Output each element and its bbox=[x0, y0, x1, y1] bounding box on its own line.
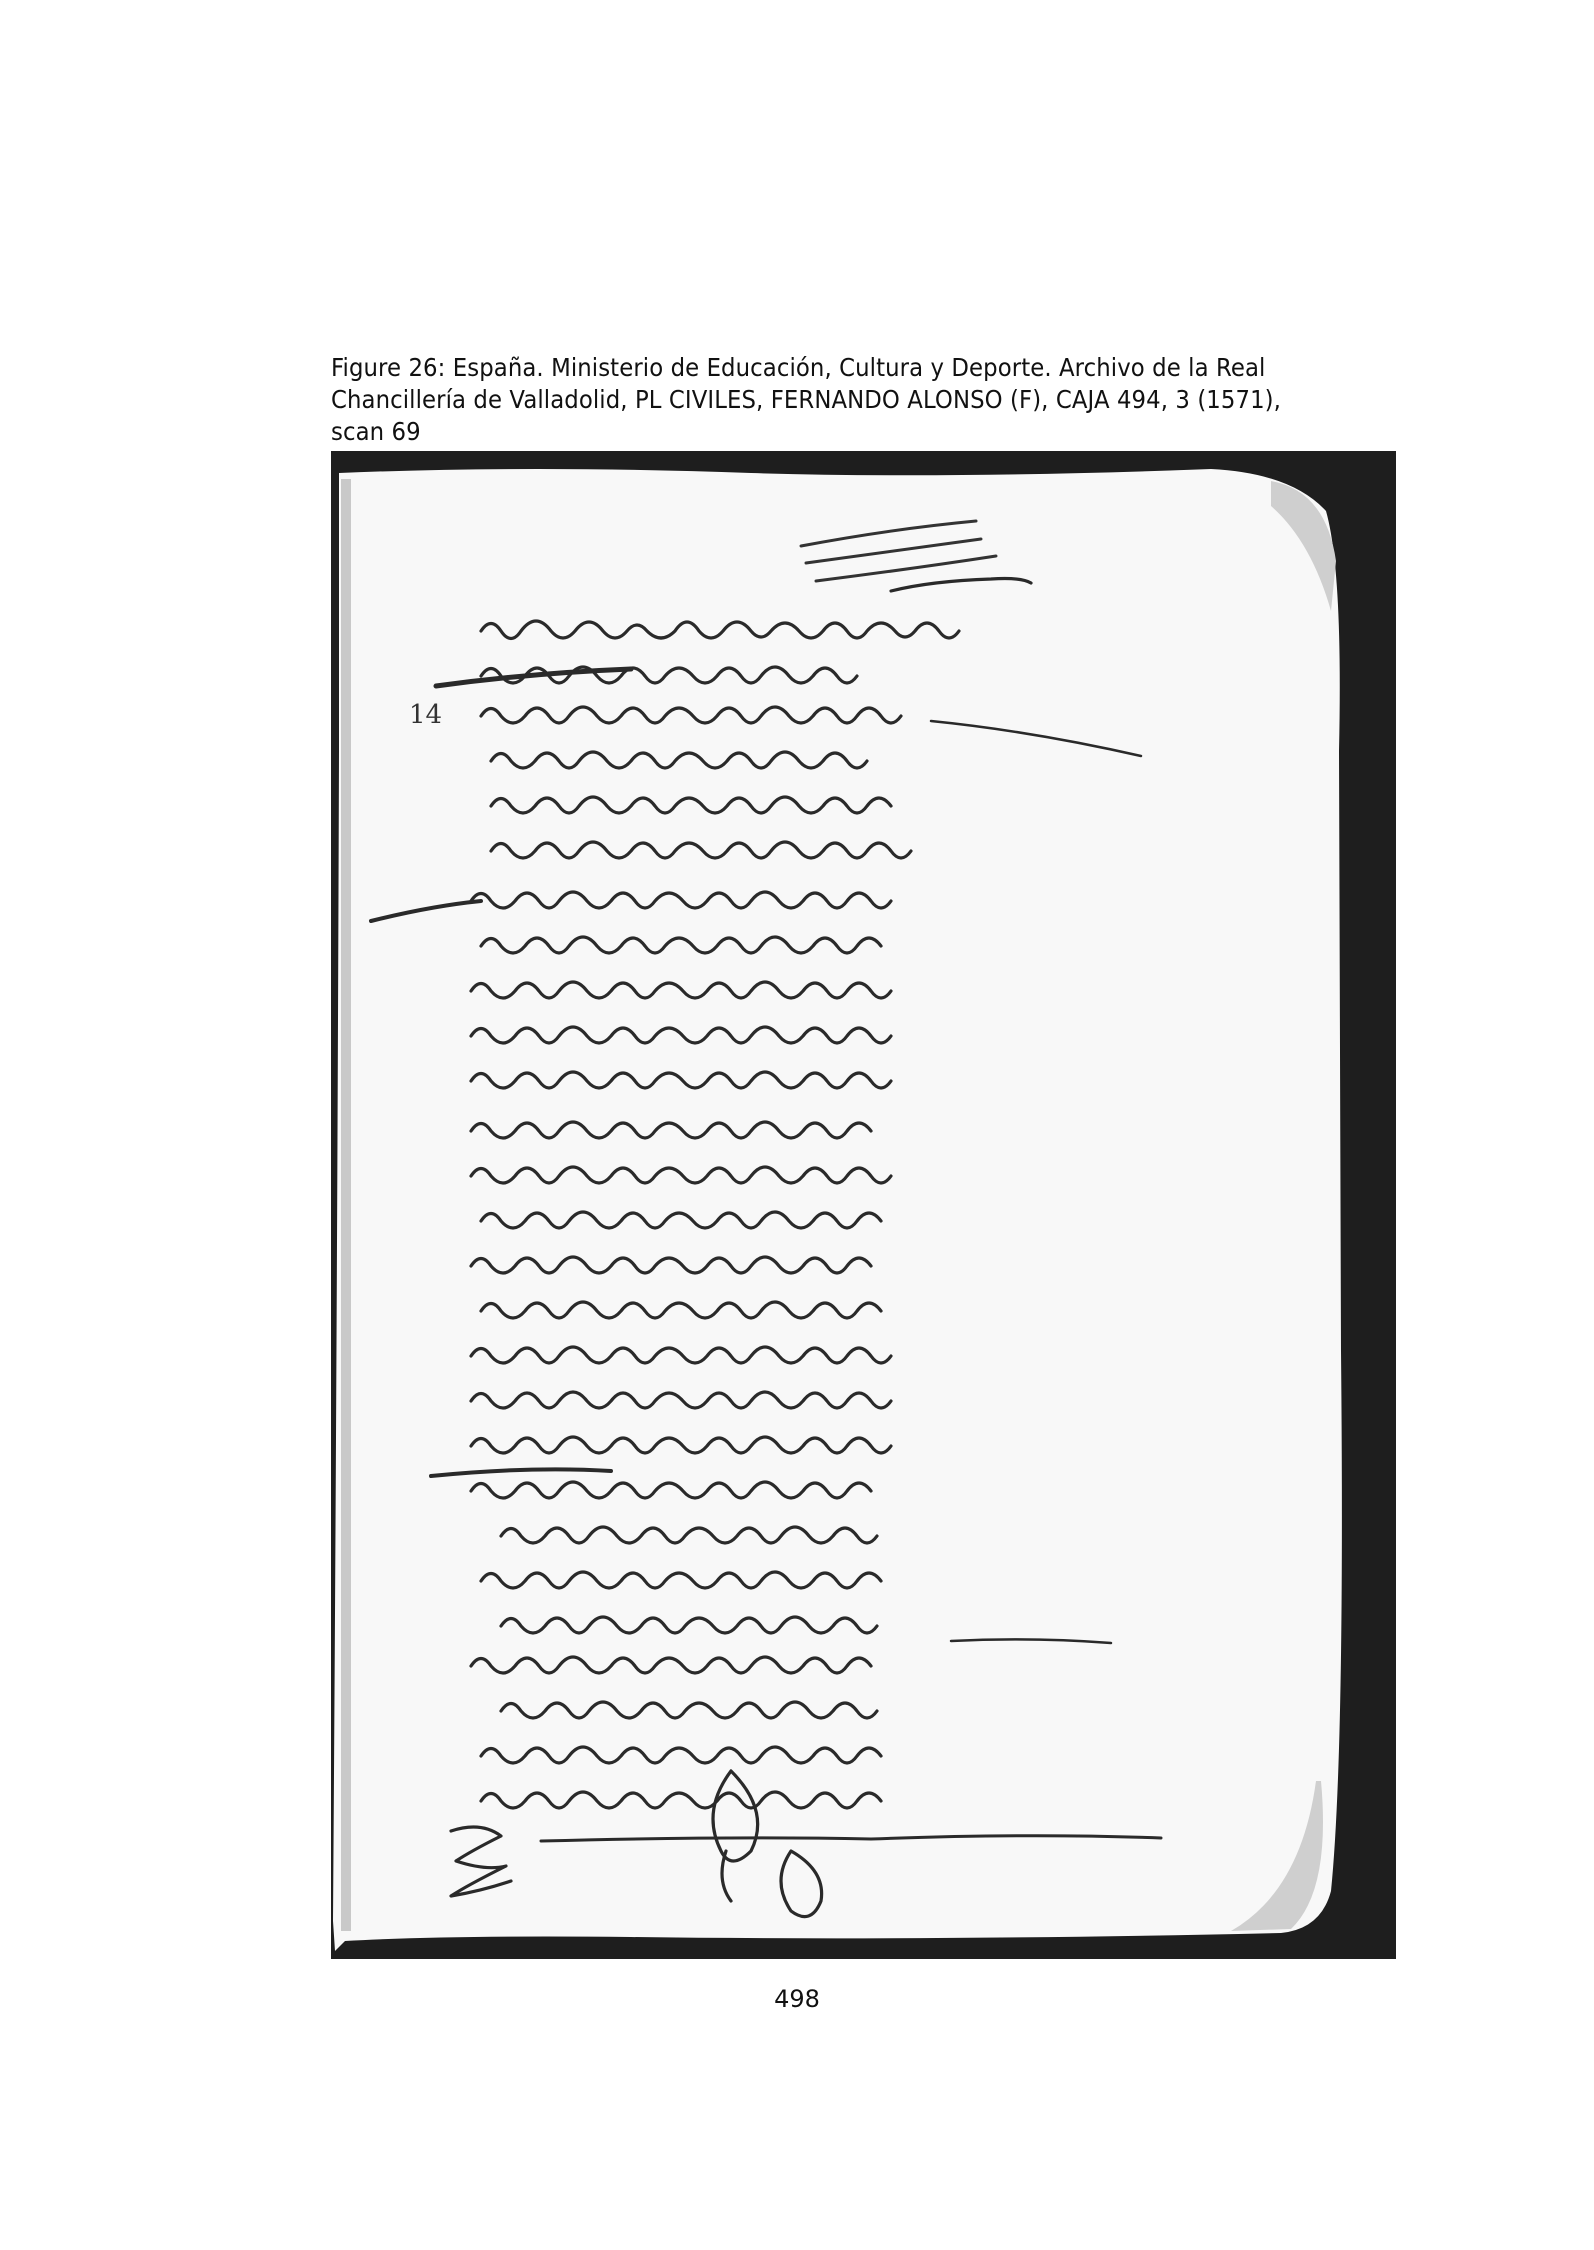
margin-note: 14 bbox=[409, 700, 442, 730]
figure-caption: Figure 26: España. Ministerio de Educaci… bbox=[331, 352, 1321, 448]
manuscript-scan-image: 14 bbox=[331, 451, 1396, 1959]
manuscript-page-drawing: 14 bbox=[331, 451, 1396, 1959]
figure-label: Figure 26: bbox=[331, 353, 445, 382]
page-number: 498 bbox=[0, 1985, 1594, 2013]
figure-caption-text: España. Ministerio de Educación, Cultura… bbox=[331, 353, 1281, 446]
